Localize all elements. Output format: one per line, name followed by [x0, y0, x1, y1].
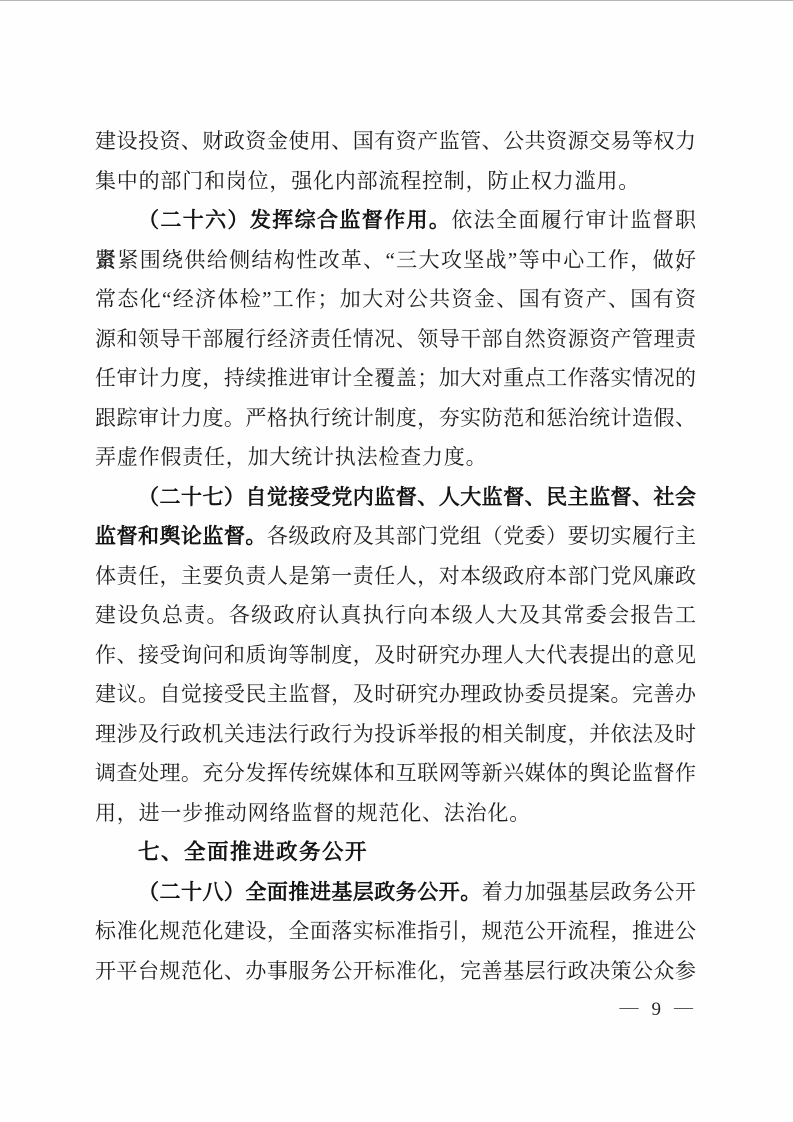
paragraph-body-text: 跟踪审计力度。严格执行统计制度，夯实防范和惩治统计造假、 — [95, 406, 696, 430]
document-page: 建设投资、财政资金使用、国有资产监管、公共资源交易等权力集中的部门和岗位，强化内… — [0, 0, 793, 1122]
text-line: 集中的部门和岗位，强化内部流程控制，防止权力滥用。 — [95, 162, 696, 202]
text-line: 常态化“经济体检”工作；加大对公共资金、国有资产、国有资 — [95, 280, 696, 320]
page-number-dash-right: — — [674, 997, 693, 1018]
paragraph-lead-text: 监督和舆论监督。 — [95, 524, 267, 548]
paragraph-body-text: 紧紧围绕供给侧结构性改革、“三大攻坚战”等中心工作，做好 — [95, 248, 696, 272]
text-line: 开平台规范化、办事服务公开标准化，完善基层行政决策公众参 — [95, 952, 696, 992]
text-line: 建设投资、财政资金使用、国有资产监管、公共资源交易等权力 — [95, 122, 696, 162]
paragraph-lead-text: （二十八）全面推进基层政务公开。 — [138, 880, 482, 904]
text-line: 任审计力度，持续推进审计全覆盖；加大对重点工作落实情况的 — [95, 359, 696, 399]
text-line: 源和领导干部履行经济责任情况、领导干部自然资源资产管理责 — [95, 320, 696, 360]
paragraph-body-text: 弄虚作假责任，加大统计执法检查力度。 — [95, 445, 487, 469]
paragraph-body-text: 标准化规范化建设，全面落实标准指引，规范公开流程，推进公 — [95, 919, 696, 943]
paragraph-body-text: 任审计力度，持续推进审计全覆盖；加大对重点工作落实情况的 — [95, 366, 696, 390]
paragraph-body-text: 建议。自觉接受民主监督，及时研究办理政协委员提案。完善办 — [95, 682, 696, 706]
text-line: （二十七）自觉接受党内监督、人大监督、民主监督、社会 — [95, 478, 696, 518]
text-line: 体责任，主要负责人是第一责任人，对本级政府本部门党风廉政 — [95, 557, 696, 597]
text-line: （二十八）全面推进基层政务公开。着力加强基层政务公开 — [95, 873, 696, 913]
document-text: 建设投资、财政资金使用、国有资产监管、公共资源交易等权力集中的部门和岗位，强化内… — [95, 122, 696, 991]
paragraph-body-text: 用，进一步推动网络监督的规范化、法治化。 — [95, 801, 531, 825]
text-line: 监督和舆论监督。各级政府及其部门党组（党委）要切实履行主 — [95, 517, 696, 557]
paragraph-lead-text: （二十六）发挥综合监督作用。 — [138, 208, 451, 232]
paragraph-body-text: 各级政府及其部门党组（党委）要切实履行主 — [267, 524, 696, 548]
paragraph-lead-text: （二十七）自觉接受党内监督、人大监督、民主监督、社会 — [138, 485, 696, 509]
text-line: 跟踪审计力度。严格执行统计制度，夯实防范和惩治统计造假、 — [95, 399, 696, 439]
paragraph-body-text: 着力加强基层政务公开 — [482, 880, 696, 904]
paragraph-body-text: 开平台规范化、办事服务公开标准化，完善基层行政决策公众参 — [95, 959, 696, 983]
paragraph-body-text: 源和领导干部履行经济责任情况、领导干部自然资源资产管理责 — [95, 327, 696, 351]
page-number: —9— — [620, 997, 694, 1023]
text-line: 标准化规范化建设，全面落实标准指引，规范公开流程，推进公 — [95, 912, 696, 952]
paragraph-body-text: 建设投资、财政资金使用、国有资产监管、公共资源交易等权力 — [95, 129, 696, 153]
text-line: （二十六）发挥综合监督作用。依法全面履行审计监督职责， — [95, 201, 696, 241]
text-line: 用，进一步推动网络监督的规范化、法治化。 — [95, 794, 696, 834]
text-line: 建设负总责。各级政府认真执行向本级人大及其常委会报告工 — [95, 596, 696, 636]
paragraph-body-text: 调查处理。充分发挥传统媒体和互联网等新兴媒体的舆论监督作 — [95, 761, 696, 785]
paragraph-body-text: 作、接受询问和质询等制度，及时研究办理人大代表提出的意见 — [95, 643, 696, 667]
text-line: 作、接受询问和质询等制度，及时研究办理人大代表提出的意见 — [95, 636, 696, 676]
text-line: 建议。自觉接受民主监督，及时研究办理政协委员提案。完善办 — [95, 675, 696, 715]
page-number-dash-left: — — [620, 997, 639, 1018]
scan-edge-line — [0, 0, 793, 1]
text-line: 弄虚作假责任，加大统计执法检查力度。 — [95, 438, 696, 478]
page-number-value: 9 — [652, 999, 662, 1020]
text-line: 调查处理。充分发挥传统媒体和互联网等新兴媒体的舆论监督作 — [95, 754, 696, 794]
paragraph-body-text: 集中的部门和岗位，强化内部流程控制，防止权力滥用。 — [95, 169, 640, 193]
text-line: 理涉及行政机关违法行政行为投诉举报的相关制度，并依法及时 — [95, 715, 696, 755]
paragraph-body-text: 建设负总责。各级政府认真执行向本级人大及其常委会报告工 — [95, 603, 696, 627]
section-heading: 七、全面推进政务公开 — [95, 833, 696, 873]
section-heading-label: 七、全面推进政务公开 — [138, 840, 368, 864]
paragraph-body-text: 体责任，主要负责人是第一责任人，对本级政府本部门党风廉政 — [95, 564, 696, 588]
paragraph-body-text: 常态化“经济体检”工作；加大对公共资金、国有资产、国有资 — [95, 287, 696, 311]
paragraph-body-text: 理涉及行政机关违法行政行为投诉举报的相关制度，并依法及时 — [95, 722, 696, 746]
text-line: 紧紧围绕供给侧结构性改革、“三大攻坚战”等中心工作，做好 — [95, 241, 696, 281]
